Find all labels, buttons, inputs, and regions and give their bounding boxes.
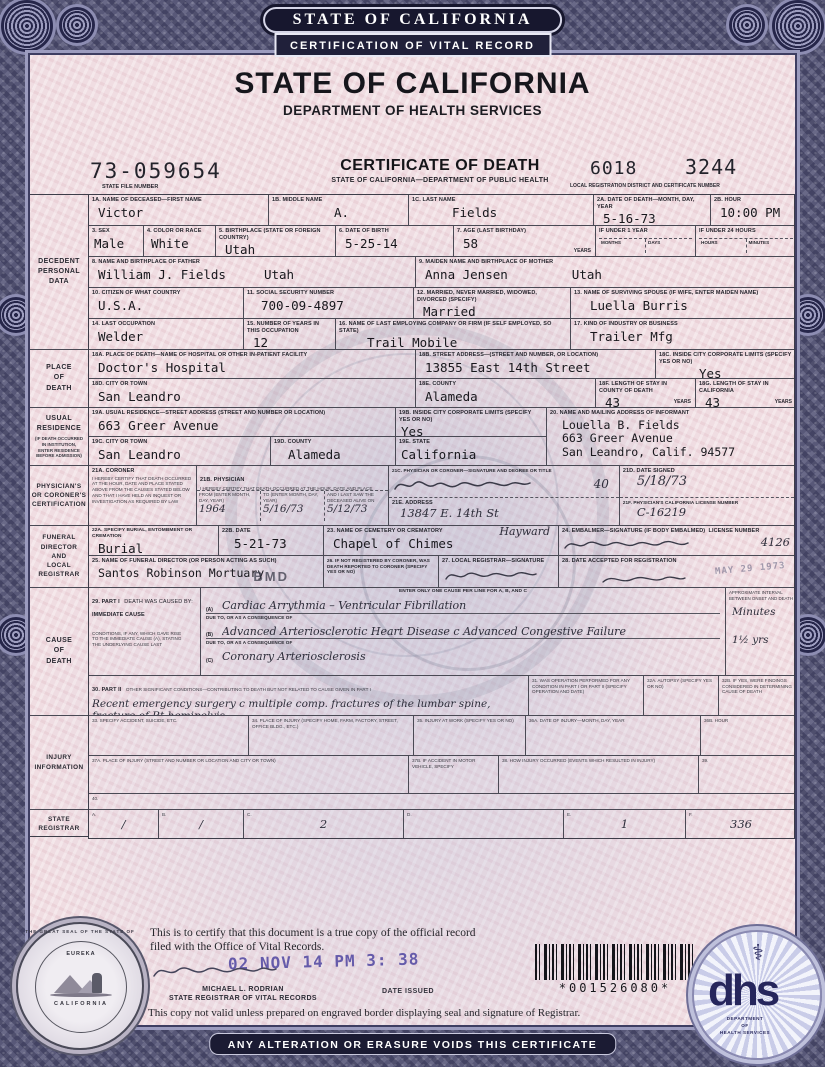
field-7-if-under-1-year: IF UNDER 1 YEARMONTHSDAYS <box>596 226 696 256</box>
side-label-column: DECEDENT PERSONAL DATA PLACE OF DEATH US… <box>30 194 88 837</box>
certificate-paper: STATE OF CALIFORNIA DEPARTMENT OF HEALTH… <box>30 55 795 1025</box>
field-18d-city-or-town: 18D. CITY OR TOWNSan Leandro <box>89 379 416 407</box>
part1-interval-column: APPROXIMATE INTERVAL BETWEEN ONSET AND D… <box>726 588 796 675</box>
great-seal-of-california: THE GREAT SEAL OF THE STATE OF EUREKA CA… <box>16 922 144 1050</box>
barcode-bars <box>535 944 695 980</box>
side-label-usual-residence: USUAL RESIDENCE(IF DEATH OCCURRED IN INS… <box>30 408 88 466</box>
field-34-place-of-injury: 34. PLACE OF INJURY (SPECIFY HOME, FARM,… <box>249 716 414 755</box>
cause-line-b: (B)Advanced Arteriosclerotic Heart Disea… <box>206 622 720 639</box>
field-2b-hour: 2B. HOUR10:00 PM <box>711 195 796 225</box>
side-label-cause-of-death: CAUSE OF DEATH <box>30 588 88 716</box>
border-rosette <box>4 3 50 49</box>
cause-b-value: Advanced Arteriosclerotic Heart Disease … <box>222 626 720 639</box>
seal-inner: EUREKA CALIFORNIA <box>35 941 127 1033</box>
dhs-logo-seal: ⚕ dhs DEPARTMENT OF HEALTH SERVICES <box>692 930 822 1060</box>
field-19a-residence-street: 19A. USUAL RESIDENCE—STREET ADDRESS (STR… <box>89 408 396 436</box>
cause-line-c: (C)Coronary Arteriosclerosis <box>206 648 720 664</box>
field-18b-street-address: 18B. STREET ADDRESS—(STREET AND NUMBER, … <box>416 350 656 378</box>
registrar-cell-c: C.2 <box>244 810 404 838</box>
form-title-block: CERTIFICATE OF DEATH STATE OF CALIFORNIA… <box>260 157 620 184</box>
field-21b-from: FROM (ENTER MONTH, DAY, YEAR)1964 <box>197 491 261 521</box>
field-11-ssn: 11. SOCIAL SECURITY NUMBER700-09-4897 <box>244 288 414 318</box>
field-21b-physician: 21B. PHYSICIAN I HEREBY CERTIFY THAT DEA… <box>197 466 389 525</box>
part2-value: Recent emergency surgery c multiple comp… <box>92 698 525 715</box>
side-label-funeral-director: FUNERAL DIRECTOR AND LOCAL REGISTRAR <box>30 526 88 588</box>
certification-statement: This is to certify that this document is… <box>150 926 490 955</box>
field-9-mother-name-birthplace: 9. MAIDEN NAME AND BIRTHPLACE OF MOTHERA… <box>416 257 796 287</box>
form-row: 33. SPECIFY ACCIDENT, SUICIDE, ETC. 34. … <box>89 716 794 756</box>
cause-line-a: (A)Cardiac Arrythmia – Ventricular Fibri… <box>206 597 720 614</box>
field-21b-last-seen: AND I LAST SAW THE DECEASED ALIVE ON5/12… <box>325 491 388 521</box>
field-23-cemetery: 23. NAME OF CEMETERY OR CREMATORYHayward… <box>324 526 559 555</box>
field-39: 39. <box>699 756 796 793</box>
field-36a-date-of-injury: 36A. DATE OF INJURY—MONTH, DAY, YEAR <box>526 716 701 755</box>
form-row: 21A. CORONER I HEREBY CERTIFY THAT DEATH… <box>89 466 794 526</box>
part2-conditions: 30. PART II OTHER SIGNIFICANT CONDITIONS… <box>89 676 529 715</box>
cause-c-value: Coronary Arteriosclerosis <box>222 651 720 664</box>
form-row: 37A. PLACE OF INJURY (STREET AND NUMBER … <box>89 756 794 794</box>
form-row: 18A. PLACE OF DEATH—NAME OF HOSPITAL OR … <box>89 350 794 379</box>
border-rosette <box>793 620 823 650</box>
district-number-label: LOCAL REGISTRATION DISTRICT AND CERTIFIC… <box>570 183 796 189</box>
field-3-sex: 3. SEXMale <box>89 226 144 256</box>
form-row: 19C. CITY OR TOWNSan Leandro 19D. COUNTY… <box>89 437 546 465</box>
field-21b-to: TO (ENTER MONTH, DAY, YEAR)5/16/73 <box>261 491 325 521</box>
bottom-banner-text: ANY ALTERATION OR ERASURE VOIDS THIS CER… <box>228 1039 598 1051</box>
field-7-age: 7. AGE (LAST BIRTHDAY)58YEARS <box>454 226 596 256</box>
border-rosette <box>62 10 92 40</box>
form-title: CERTIFICATE OF DEATH <box>260 157 620 175</box>
field-31-operation: 31. WAS OPERATION PERFORMED FOR ANY COND… <box>529 676 644 715</box>
border-hairline <box>28 1025 797 1028</box>
field-28-date-accepted: 28. DATE ACCEPTED FOR REGISTRATION MAY 2… <box>559 556 796 587</box>
barcode-text: *001526080* <box>535 981 695 995</box>
field-16-employer: 16. NAME OF LAST EMPLOYING COMPANY OR FI… <box>336 319 571 349</box>
field-1c-last-name: 1C. LAST NAMEFields <box>409 195 594 225</box>
form-row: 8. NAME AND BIRTHPLACE OF FATHERWilliam … <box>89 257 794 288</box>
field-33-accident-suicide: 33. SPECIFY ACCIDENT, SUICIDE, ETC. <box>89 716 249 755</box>
field-21c-signature: 21C. PHYSICIAN OR CORONER—SIGNATURE AND … <box>389 466 619 498</box>
field-2a-date-of-death: 2A. DATE OF DEATH—MONTH, DAY, YEAR5-16-7… <box>594 195 711 225</box>
dhs-text: dhs <box>708 966 777 1016</box>
border-rosette <box>793 300 823 330</box>
form-subtitle: STATE OF CALIFORNIA—DEPARTMENT OF PUBLIC… <box>260 177 620 184</box>
field-22b-date: 22B. DATE5-21-73 <box>219 526 324 555</box>
registrar-cell-b: B./ <box>159 810 244 838</box>
page-title: STATE OF CALIFORNIA <box>30 67 795 101</box>
field-18g-stay-in-california: 18G. LENGTH OF STAY IN CALIFORNIA43YEARS <box>696 379 796 407</box>
field-10-citizenship: 10. CITIZEN OF WHAT COUNTRYU.S.A. <box>89 288 244 318</box>
seal-artwork <box>46 959 116 1001</box>
registrar-cell-a: A./ <box>89 810 159 838</box>
field-35-injury-at-work: 35. INJURY AT WORK (SPECIFY YES OR NO) <box>414 716 526 755</box>
registrar-name: MICHAEL L. RODRIAN <box>148 986 338 993</box>
embalmer-license-number: 4126 <box>761 536 790 549</box>
field-25-funeral-director: 25. NAME OF FUNERAL DIRECTOR (OR PERSON … <box>89 556 324 587</box>
field-13-surviving-spouse: 13. NAME OF SURVIVING SPOUSE (IF WIFE, E… <box>571 288 796 318</box>
field-18a-place-of-death: 18A. PLACE OF DEATH—NAME OF HOSPITAL OR … <box>89 350 416 378</box>
field-1b-middle-name: 1B. MIDDLE NAMEA. <box>269 195 409 225</box>
certificate-form-grid: 1A. NAME OF DECEASED—FIRST NAMEVictor 1B… <box>88 194 795 839</box>
field-19e-state: 19E. STATECalifornia <box>396 437 546 465</box>
field-18f-stay-in-county: 18F. LENGTH OF STAY IN COUNTY OF DEATH43… <box>596 379 696 407</box>
state-file-number: 73-059654 <box>90 159 222 183</box>
barcode: *001526080* <box>535 944 695 995</box>
part1-cause-lines: ENTER ONLY ONE CAUSE PER LINE FOR A, B, … <box>201 588 726 675</box>
dhs-caption: DEPARTMENT OF HEALTH SERVICES <box>710 1016 780 1037</box>
field-37b-motor-vehicle: 37B. IF ACCIDENT IN MOTOR VEHICLE, SPECI… <box>409 756 499 793</box>
field-37a-injury-location: 37A. PLACE OF INJURY (STREET AND NUMBER … <box>89 756 409 793</box>
border-rosette <box>1 300 31 330</box>
page-subtitle: DEPARTMENT OF HEALTH SERVICES <box>30 103 795 118</box>
form-row: 22A. SPECIFY BURIAL, ENTOMBMENT OR CREMA… <box>89 526 794 556</box>
interval-b-value: 1½ yrs <box>732 634 769 646</box>
field-19b-inside-city-limits: 19B. INSIDE CITY CORPORATE LIMITS (SPECI… <box>396 408 546 436</box>
field-18e-county: 18E. COUNTYAlameda <box>416 379 596 407</box>
field-21d-21f-stack: 21D. DATE SIGNED 5/18/73 21F. PHYSICIAN'… <box>620 466 794 525</box>
border-rosette <box>775 3 821 49</box>
state-registrar-row: A./ B./ C.2 D. E.1 F.336 <box>89 810 794 838</box>
date-issued-label: DATE ISSUED <box>382 988 434 995</box>
registration-district-number: 6018 <box>590 158 637 179</box>
border-rosette <box>732 10 762 40</box>
seal-ground <box>50 993 112 997</box>
residence-subgrid: 19A. USUAL RESIDENCE—STREET ADDRESS (STR… <box>89 408 546 465</box>
seal-minerva-figure <box>92 973 102 993</box>
part1-header: 29. PART I DEATH WAS CAUSED BY: IMMEDIAT… <box>89 588 201 675</box>
field-21d-date-signed: 21D. DATE SIGNED 5/18/73 <box>620 466 794 498</box>
field-24-embalmer: 24. EMBALMER—SIGNATURE (IF BODY EMBALMED… <box>559 526 796 555</box>
side-label-state-registrar: STATE REGISTRAR <box>30 810 88 838</box>
form-row: 14. LAST OCCUPATIONWelder 15. NUMBER OF … <box>89 319 794 350</box>
field-15-years-in-occupation: 15. NUMBER OF YEARS IN THIS OCCUPATION12 <box>244 319 336 349</box>
interval-a-value: Minutes <box>732 606 775 618</box>
validity-note: This copy not valid unless prepared on e… <box>148 1007 628 1019</box>
top-banner-certification: CERTIFICATION OF VITAL RECORD <box>274 33 551 57</box>
field-38-how-injury-occurred: 38. HOW INJURY OCCURRED (EVENTS WHICH RE… <box>499 756 699 793</box>
state-file-number-label: STATE FILE NUMBER <box>102 184 158 190</box>
field-8-father-name-birthplace: 8. NAME AND BIRTHPLACE OF FATHERWilliam … <box>89 257 416 287</box>
form-row: 1A. NAME OF DECEASED—FIRST NAMEVictor 1B… <box>89 195 794 226</box>
border-rosette <box>1 620 31 650</box>
form-row: 18D. CITY OR TOWNSan Leandro 18E. COUNTY… <box>89 379 794 408</box>
physician-signature <box>392 476 562 492</box>
form-row: 10. CITIZEN OF WHAT COUNTRYU.S.A. 11. SO… <box>89 288 794 319</box>
field-7-if-under-24-hours: IF UNDER 24 HOURSHOURSMINUTES <box>696 226 796 256</box>
field-21e-address: 21E. ADDRESS 13847 E. 14th St <box>389 498 619 524</box>
form-row: 40. <box>89 794 794 810</box>
side-label-injury-information: INJURY INFORMATION <box>30 716 88 810</box>
field-20-informant: 20. NAME AND MAILING ADDRESS OF INFORMAN… <box>546 408 796 465</box>
certificate-number: 3244 <box>685 155 737 179</box>
state-registrar-signature <box>150 961 280 986</box>
field-4-color-or-race: 4. COLOR OR RACEWhite <box>144 226 216 256</box>
death-certificate-scan: STATE OF CALIFORNIA CERTIFICATION OF VIT… <box>0 0 825 1067</box>
seal-motto: EUREKA <box>36 951 126 957</box>
side-label-place-of-death: PLACE OF DEATH <box>30 350 88 408</box>
side-label-physician-certification: PHYSICIAN'S OR CORONER'S CERTIFICATION <box>30 466 88 526</box>
top-banner-state: STATE OF CALIFORNIA <box>263 7 563 33</box>
field-32b-findings: 32B. IF YES, WERE FINDINGS CONSIDERED IN… <box>719 676 796 715</box>
field-21c-21e-stack: 21C. PHYSICIAN OR CORONER—SIGNATURE AND … <box>389 466 620 525</box>
embalmer-signature <box>562 537 712 551</box>
field-1a-first-name: 1A. NAME OF DECEASED—FIRST NAMEVictor <box>89 195 269 225</box>
field-32a-autopsy: 32A. AUTOPSY (SPECIFY YES OR NO) <box>644 676 719 715</box>
form-row: 19A. USUAL RESIDENCE—STREET ADDRESS (STR… <box>89 408 546 437</box>
field-40: 40. <box>89 794 796 809</box>
field-22a-disposition: 22A. SPECIFY BURIAL, ENTOMBMENT OR CREMA… <box>89 526 219 555</box>
registrar-title: STATE REGISTRAR OF VITAL RECORDS <box>130 995 356 1002</box>
cause-of-death-part1: 29. PART I DEATH WAS CAUSED BY: IMMEDIAT… <box>89 588 794 676</box>
field-26-reported-to-coroner: 26. IF NOT REGISTERED BY CORONER, WAS DE… <box>324 556 439 587</box>
field-21f-license-number: 21F. PHYSICIAN'S CALIFORNIA LICENSE NUMB… <box>620 498 794 524</box>
field-5-birthplace: 5. BIRTHPLACE (STATE OR FOREIGN COUNTRY)… <box>216 226 336 256</box>
seal-ring-text: THE GREAT SEAL OF THE STATE OF <box>18 929 142 934</box>
cemetery-city-handwritten: Hayward <box>499 526 550 539</box>
bmd-stamp: BMD <box>253 569 289 584</box>
form-row: 19A. USUAL RESIDENCE—STREET ADDRESS (STR… <box>89 408 794 466</box>
cause-of-death-part2: 30. PART II OTHER SIGNIFICANT CONDITIONS… <box>89 676 794 716</box>
field-19d-county: 19D. COUNTYAlameda <box>271 437 396 465</box>
caduceus-icon: ⚕ <box>752 940 764 966</box>
field-27-local-registrar-signature: 27. LOCAL REGISTRAR—SIGNATURE <box>439 556 559 587</box>
registrar-cell-f: F.336 <box>686 810 796 838</box>
top-banner-certification-text: CERTIFICATION OF VITAL RECORD <box>290 40 535 52</box>
field-17-industry: 17. KIND OF INDUSTRY OR BUSINESSTrailer … <box>571 319 796 349</box>
field-12-marital-status: 12. MARRIED, NEVER MARRIED, WIDOWED, DIV… <box>414 288 571 318</box>
registrar-flourish <box>599 572 689 586</box>
registrar-cell-e: E.1 <box>564 810 686 838</box>
field-19c-city-or-town: 19C. CITY OR TOWNSan Leandro <box>89 437 271 465</box>
seal-california-text: CALIFORNIA <box>36 1001 126 1007</box>
form-row: 3. SEXMale 4. COLOR OR RACEWhite 5. BIRT… <box>89 226 794 257</box>
field-6-date-of-birth: 6. DATE OF BIRTH5-25-14 <box>336 226 454 256</box>
field-21a-coroner: 21A. CORONER I HEREBY CERTIFY THAT DEATH… <box>89 466 197 525</box>
side-label-decedent: DECEDENT PERSONAL DATA <box>30 195 88 350</box>
field-18c-inside-city-limits: 18C. INSIDE CITY CORPORATE LIMITS (SPECI… <box>656 350 796 378</box>
local-registrar-signature <box>442 567 542 583</box>
top-banner-state-text: STATE OF CALIFORNIA <box>293 11 533 28</box>
registrar-cell-d: D. <box>404 810 564 838</box>
bottom-banner: ANY ALTERATION OR ERASURE VOIDS THIS CER… <box>209 1033 617 1055</box>
cause-a-value: Cardiac Arrythmia – Ventricular Fibrilla… <box>222 600 720 613</box>
field-14-last-occupation: 14. LAST OCCUPATIONWelder <box>89 319 244 349</box>
form-row: 25. NAME OF FUNERAL DIRECTOR (OR PERSON … <box>89 556 794 588</box>
field-36b-hour: 36B. HOUR <box>701 716 796 755</box>
